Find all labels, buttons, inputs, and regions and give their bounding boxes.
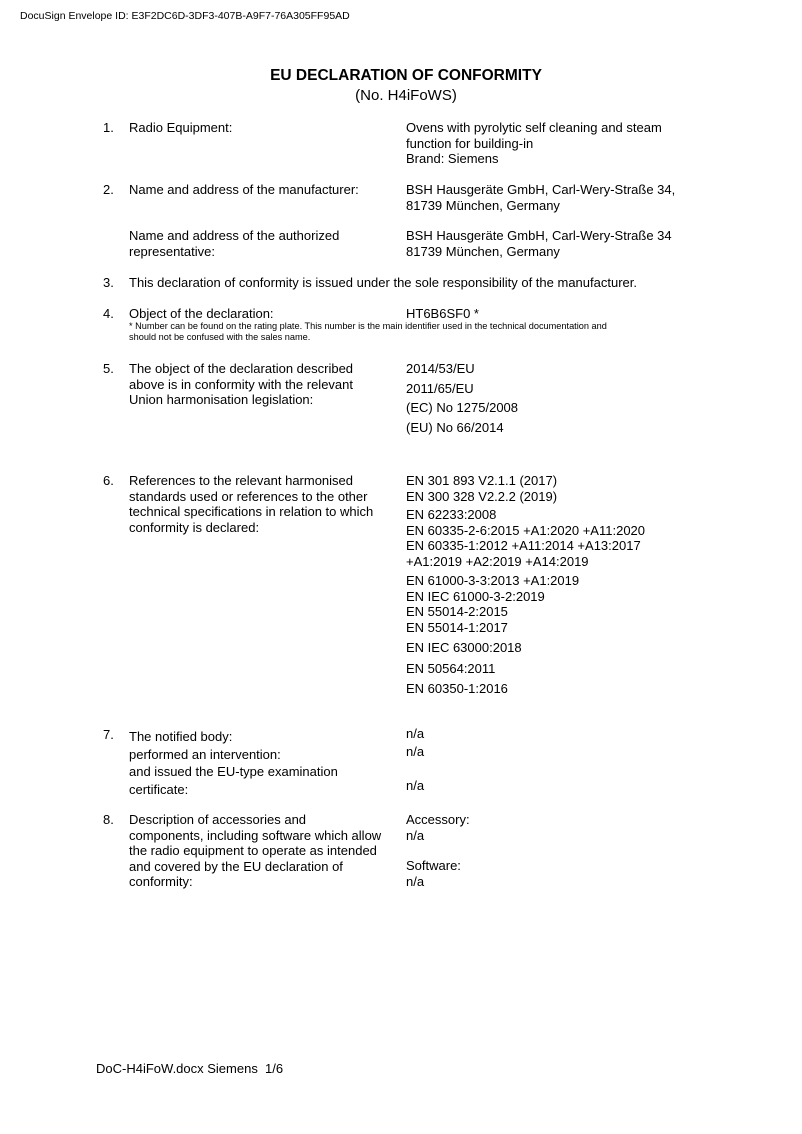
section-label: The object of the declaration described … — [129, 361, 399, 408]
standard-item: EN 61000-3-3:2013 +A1:2019 — [406, 573, 736, 589]
label-line: representative: — [129, 244, 399, 260]
notified-body-value: n/a — [406, 726, 736, 742]
brand-line: Brand: Siemens — [406, 151, 736, 167]
section-value: n/a n/a n/a — [406, 726, 736, 794]
representative-address: BSH Hausgeräte GmbH, Carl-Wery-Straße 34… — [406, 228, 736, 259]
standard-item: EN 301 893 V2.1.1 (2017) — [406, 473, 736, 489]
section-label: References to the relevant harmonised st… — [129, 473, 399, 535]
accessory-value: n/a — [406, 828, 736, 844]
label-line: and covered by the EU declaration of — [129, 859, 399, 875]
section-label: The notified body: performed an interven… — [129, 729, 399, 797]
section-label: Radio Equipment: — [129, 120, 399, 136]
section-number: 6. — [103, 473, 114, 489]
section-number: 7. — [103, 727, 114, 743]
label-line: components, including software which all… — [129, 828, 399, 844]
section-number: 3. — [103, 275, 114, 291]
standard-item: EN 50564:2011 — [406, 661, 736, 677]
certificate-value: n/a — [406, 778, 736, 794]
legislation-item: (EC) No 1275/2008 — [406, 400, 736, 416]
label-line: certificate: — [129, 782, 399, 798]
standard-item: EN 62233:2008 — [406, 507, 736, 523]
standard-item: EN 60335-1:2012 +A11:2014 +A13:2017 — [406, 538, 736, 554]
accessory-label: Accessory: — [406, 812, 736, 828]
section-text: This declaration of conformity is issued… — [129, 275, 769, 291]
value-line: Ovens with pyrolytic self cleaning and s… — [406, 120, 736, 136]
label-line: above is in conformity with the relevant — [129, 377, 399, 393]
label-line: conformity is declared: — [129, 520, 399, 536]
standard-item: EN 300 328 V2.2.2 (2019) — [406, 489, 736, 505]
footnote-line: should not be confused with the sales na… — [129, 332, 699, 343]
label-line: Union harmonisation legislation: — [129, 392, 399, 408]
value-line: 81739 München, Germany — [406, 244, 736, 260]
legislation-item: 2014/53/EU — [406, 361, 736, 377]
legislation-item: (EU) No 66/2014 — [406, 420, 736, 436]
software-label: Software: — [406, 858, 736, 874]
document-title: EU DECLARATION OF CONFORMITY — [0, 67, 802, 85]
standard-item: EN 60335-2-6:2015 +A1:2020 +A11:2020 — [406, 523, 736, 539]
value-line: BSH Hausgeräte GmbH, Carl-Wery-Straße 34… — [406, 182, 736, 198]
label-line: The notified body: — [129, 729, 399, 745]
label-line: The object of the declaration described — [129, 361, 399, 377]
section-number: 4. — [103, 306, 114, 322]
docusign-envelope-id: DocuSign Envelope ID: E3F2DC6D-3DF3-407B… — [20, 10, 350, 23]
document-number: (No. H4iFoWS) — [0, 87, 802, 105]
manufacturer-address: BSH Hausgeräte GmbH, Carl-Wery-Straße 34… — [406, 182, 736, 213]
label-line: conformity: — [129, 874, 399, 890]
page-footer: DoC-H4iFoW.docx Siemens 1/6 — [96, 1061, 283, 1076]
label-line: Name and address of the authorized — [129, 228, 399, 244]
software-value: n/a — [406, 874, 736, 890]
label-line: Description of accessories and — [129, 812, 399, 828]
section-label: Description of accessories and component… — [129, 812, 399, 890]
section-label: Name and address of the authorized repre… — [129, 228, 399, 259]
standard-item: EN 55014-2:2015 — [406, 604, 736, 620]
label-line: technical specifications in relation to … — [129, 504, 399, 520]
footnote-text: * Number can be found on the rating plat… — [129, 321, 699, 343]
section-number: 5. — [103, 361, 114, 377]
model-number: HT6B6SF0 * — [406, 306, 736, 322]
section-label: Name and address of the manufacturer: — [129, 182, 399, 198]
standards-list: EN 301 893 V2.1.1 (2017) EN 300 328 V2.2… — [406, 473, 736, 697]
value-line: function for building-in — [406, 136, 736, 152]
footnote-line: * Number can be found on the rating plat… — [129, 321, 699, 332]
value-line: 81739 München, Germany — [406, 198, 736, 214]
standard-item: EN 55014-1:2017 — [406, 620, 736, 636]
section-label: Object of the declaration: — [129, 306, 399, 322]
standard-item: EN IEC 61000-3-2:2019 — [406, 589, 736, 605]
label-line: References to the relevant harmonised — [129, 473, 399, 489]
section-number: 8. — [103, 812, 114, 828]
standard-item: +A1:2019 +A2:2019 +A14:2019 — [406, 554, 736, 570]
label-line: the radio equipment to operate as intend… — [129, 843, 399, 859]
label-line: standards used or references to the othe… — [129, 489, 399, 505]
legislation-list: 2014/53/EU 2011/65/EU (EC) No 1275/2008 … — [406, 361, 736, 435]
legislation-item: 2011/65/EU — [406, 381, 736, 397]
label-line: performed an intervention: — [129, 747, 399, 763]
label-line: and issued the EU-type examination — [129, 764, 399, 780]
value-line: BSH Hausgeräte GmbH, Carl-Wery-Straße 34 — [406, 228, 736, 244]
intervention-value: n/a — [406, 744, 736, 760]
section-value: Ovens with pyrolytic self cleaning and s… — [406, 120, 736, 167]
standard-item: EN 60350-1:2016 — [406, 681, 736, 697]
section-number: 2. — [103, 182, 114, 198]
accessories-software: Accessory: n/a Software: n/a — [406, 812, 736, 889]
standard-item: EN IEC 63000:2018 — [406, 640, 736, 656]
section-number: 1. — [103, 120, 114, 136]
